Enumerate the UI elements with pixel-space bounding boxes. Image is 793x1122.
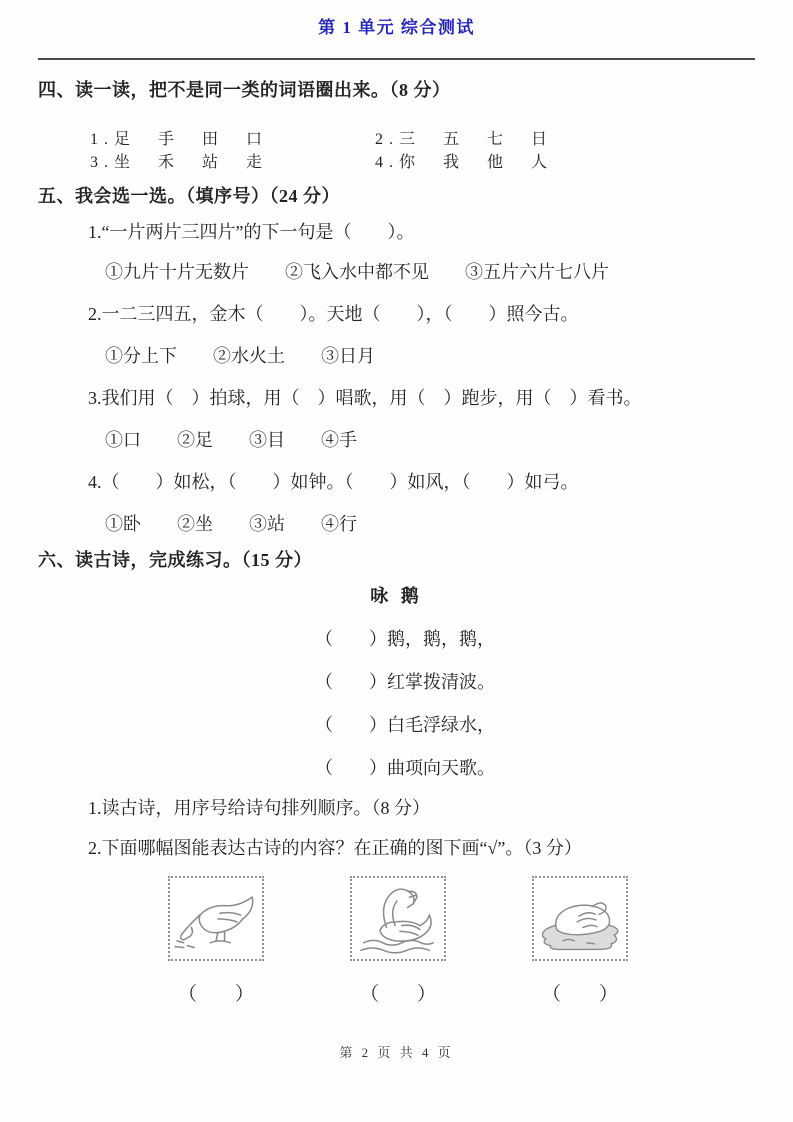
poem-line-4: （ ）曲项向天歌。 — [315, 754, 755, 782]
word-group-1: 1.足 手 田 口 — [90, 126, 375, 149]
section-four-row-1: 1.足 手 田 口 2.三 五 七 日 — [90, 126, 755, 149]
picture-choice-2: （ ） — [350, 876, 446, 1009]
picture-frame-2 — [350, 876, 446, 961]
word-group-2: 2.三 五 七 日 — [375, 126, 553, 149]
section-four-row-2: 3.坐 禾 站 走 4.你 我 他 人 — [90, 149, 755, 172]
question-5-1: 1.“一片两片三四片”的下一句是（ ）。 — [88, 218, 755, 246]
page-title: 第 1 单元 综合测试 — [38, 14, 755, 42]
question-5-2: 2.一二三四五，金木（ ）。天地（ ），（ ）照今古。 — [88, 300, 755, 328]
word-group-3: 3.坐 禾 站 走 — [90, 149, 375, 172]
goose-nesting-drawing — [534, 880, 626, 958]
options-5-4: ①卧 ②坐 ③站 ④行 — [105, 510, 755, 538]
section-four-heading: 四、读一读，把不是同一类的词语圈出来。（8 分） — [38, 76, 755, 104]
question-5-4: 4.（ ）如松，（ ）如钟。（ ）如风，（ ）如弓。 — [88, 468, 755, 496]
question-6-1: 1.读古诗，用序号给诗句排列顺序。（8 分） — [88, 794, 755, 822]
poem-line-3: （ ）白毛浮绿水， — [315, 711, 755, 739]
options-5-1: ①九片十片无数片 ②飞入水中都不见 ③五片六片七八片 — [105, 258, 755, 286]
word-group-4: 4.你 我 他 人 — [375, 149, 553, 172]
page-number-label: 第 2 页 共 4 页 — [38, 1043, 755, 1063]
question-6-2: 2.下面哪幅图能表达古诗的内容？在正确的图下画“√”。（3 分） — [88, 834, 755, 862]
poem-line-2: （ ）红掌拨清波。 — [315, 668, 755, 696]
picture-choices-row: （ ） （ ） — [168, 876, 755, 1009]
picture-frame-1 — [168, 876, 264, 961]
picture-frame-3 — [532, 876, 628, 961]
poem-line-1: （ ）鹅，鹅，鹅， — [315, 625, 755, 653]
goose-pecking-drawing — [170, 880, 262, 958]
question-5-3: 3.我们用（ ）拍球，用（ ）唱歌，用（ ）跑步，用（ ）看书。 — [88, 384, 755, 412]
options-5-2: ①分上下 ②水火土 ③日月 — [105, 342, 755, 370]
picture-choice-3: （ ） — [532, 876, 628, 1009]
answer-blank-picture-3: （ ） — [532, 981, 628, 1009]
header-divider — [38, 58, 755, 60]
answer-blank-picture-1: （ ） — [168, 981, 264, 1009]
picture-choice-1: （ ） — [168, 876, 264, 1009]
answer-blank-picture-2: （ ） — [350, 981, 446, 1009]
section-five-heading: 五、我会选一选。（填序号）（24 分） — [38, 182, 755, 210]
test-paper-page: 第 1 单元 综合测试 四、读一读，把不是同一类的词语圈出来。（8 分） 1.足… — [0, 0, 793, 1122]
options-5-3: ①口 ②足 ③目 ④手 — [105, 426, 755, 454]
swan-swimming-drawing — [352, 880, 444, 958]
poem-title: 咏 鹅 — [38, 582, 755, 610]
section-six-heading: 六、读古诗，完成练习。（15 分） — [38, 546, 755, 574]
